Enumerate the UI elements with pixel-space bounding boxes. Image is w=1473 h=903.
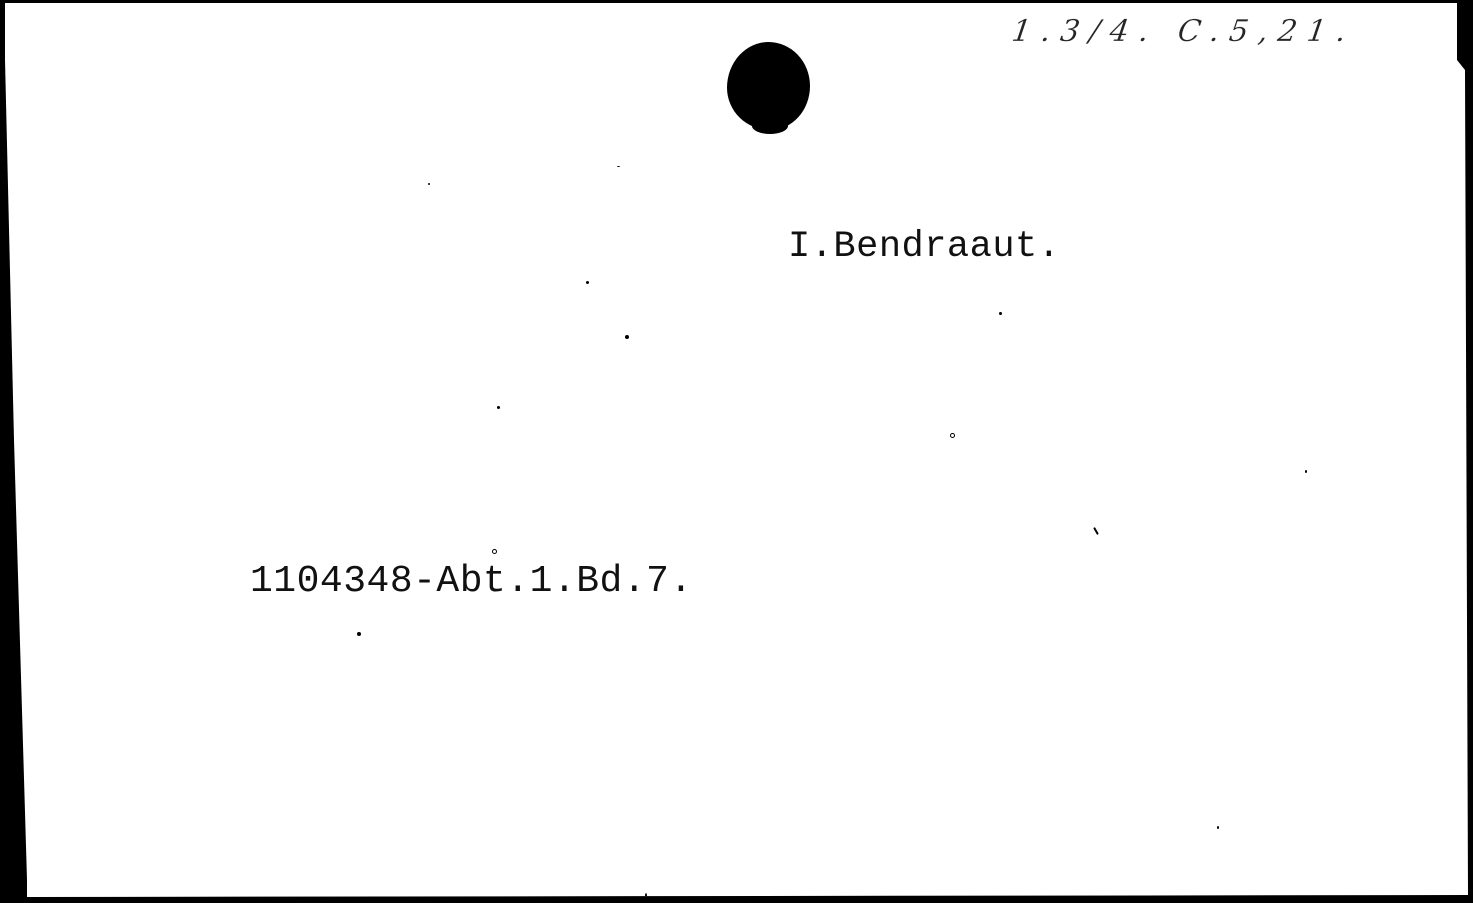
dust-speck (950, 433, 955, 438)
index-card: 1.3/4. C.5,21. I.Bendraaut. 1104348-Abt.… (0, 0, 1473, 903)
name-line: I.Bendraaut. (788, 226, 1060, 268)
reference-line: 1104348-Abt.1.Bd.7. (250, 560, 693, 603)
dust-speck (357, 632, 361, 636)
dust-speck (1217, 826, 1219, 829)
dust-speck (428, 183, 430, 185)
dust-speck (1305, 470, 1307, 473)
dust-speck (999, 312, 1002, 315)
dust-speck (492, 549, 497, 554)
dust-speck (586, 281, 589, 284)
dust-speck (625, 335, 629, 339)
dust-speck (1093, 527, 1099, 535)
dust-speck (617, 166, 620, 167)
dust-speck (497, 406, 500, 409)
punch-hole (727, 42, 810, 130)
handwritten-annotation: 1.3/4. C.5,21. (1010, 14, 1359, 49)
punch-hole-tear (752, 118, 788, 134)
